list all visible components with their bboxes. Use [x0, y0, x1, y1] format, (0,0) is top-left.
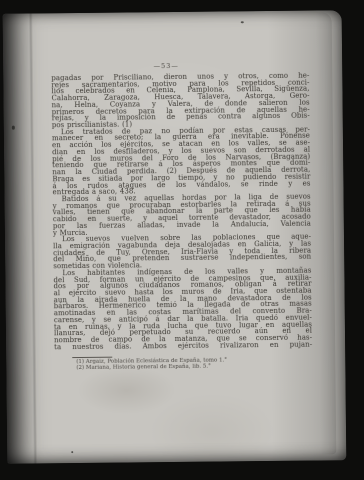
- paragraph: Batidos á su vez aquellas hordas por la …: [53, 194, 311, 237]
- footnotes: (1) Argaiz, Población Eclesiástica de Es…: [72, 355, 312, 372]
- body-text: pagadas por Prisciliano, dieron unos y o…: [51, 73, 312, 351]
- text-block: —53— pagadas por Prisciliano, dieron uno…: [51, 61, 312, 373]
- scan-speck: [71, 451, 73, 453]
- gutter-crease: [29, 13, 38, 463]
- paragraph: Los habitantes indígenas de los valles y…: [53, 267, 312, 350]
- paragraph: Los tratados de paz no podían por estas …: [52, 126, 311, 196]
- scanned-book-page: —53— pagadas por Prisciliano, dieron uno…: [3, 10, 347, 464]
- scan-speck: [241, 21, 244, 23]
- paragraph: pagadas por Prisciliano, dieron unos y o…: [51, 73, 310, 129]
- page-number: —53—: [37, 61, 295, 72]
- page-edge-shading: [316, 12, 337, 454]
- paragraph: Los suevos vuelven sobre las poblaciones…: [53, 234, 311, 270]
- photo-background: —53— pagadas por Prisciliano, dieron uno…: [0, 0, 364, 480]
- text-line: ta nuestros días. Ambos ejércitos rivali…: [54, 341, 312, 350]
- footnote-line: (2) Mariana, Historia general de España,…: [72, 364, 312, 372]
- scan-speck: [12, 126, 15, 130]
